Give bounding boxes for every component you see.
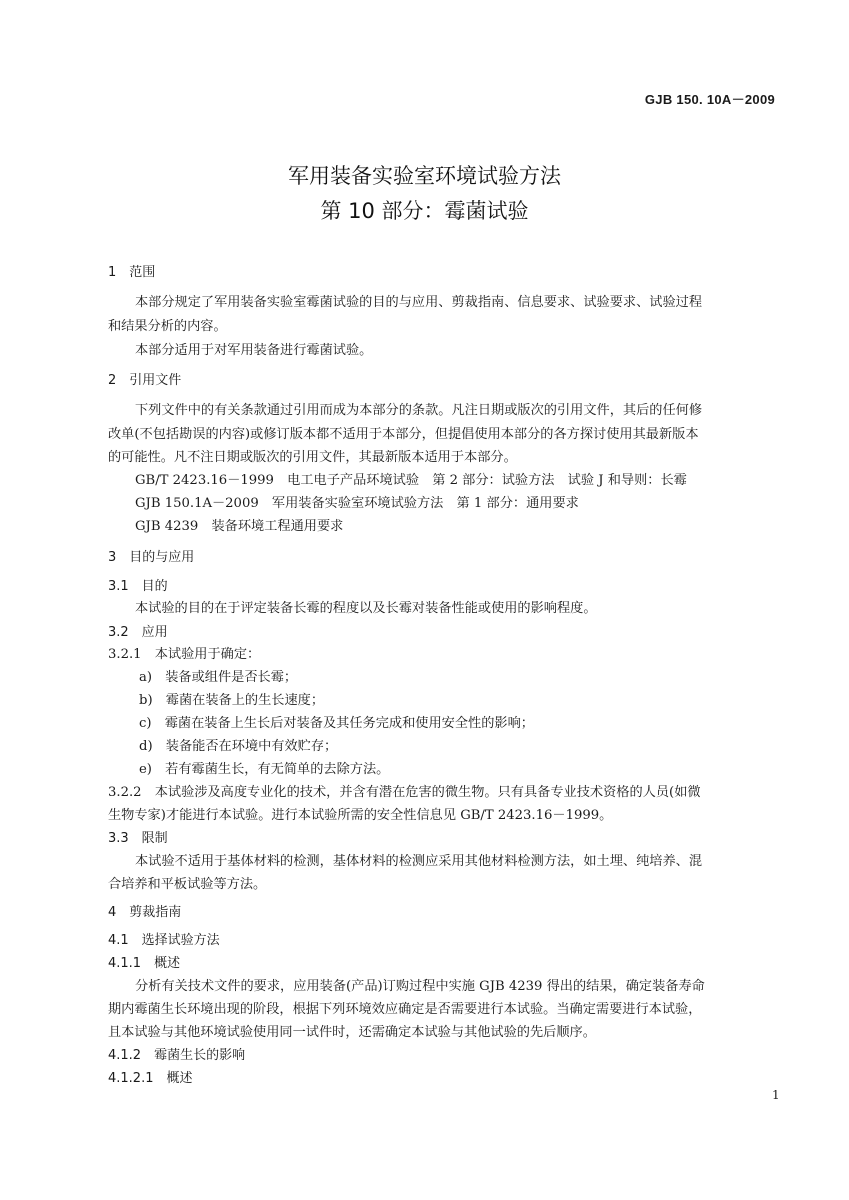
section-3-1-paragraph: 本试验的目的在于评定装备长霉的程度以及长霉对装备性能或使用的影响程度。: [135, 602, 597, 615]
section-4-heading: 4 剪裁指南: [108, 906, 181, 919]
section-3-2-2: 3.2.2 本试验涉及高度专业化的技术，并含有潜在危害的微生物。只有具备专业技术…: [108, 786, 701, 799]
page-number: 1: [772, 1088, 780, 1102]
list-item: a) 装备或组件是否长霉；: [139, 671, 297, 684]
section-1-paragraph-2: 本部分适用于对军用装备进行霉菌试验。: [135, 344, 372, 357]
list-item: c) 霉菌在装备上生长后对装备及其任务完成和使用安全性的影响；: [139, 717, 534, 730]
section-2-heading: 2 引用文件: [108, 374, 181, 387]
document-title-line2: 第 10 部分：霉菌试验: [0, 195, 849, 225]
standard-number: GJB 150. 10A－2009: [645, 89, 775, 108]
section-3-3-heading: 3.3 限制: [108, 832, 168, 845]
section-3-1-heading: 3.1 目的: [108, 580, 168, 593]
section-3-2-heading: 3.2 应用: [108, 626, 168, 639]
document-title-line1: 军用装备实验室环境试验方法: [0, 160, 849, 190]
section-2-paragraph-cont2: 的可能性。凡不注日期或版次的引用文件，其最新版本适用于本部分。: [108, 451, 517, 464]
reference-item: GB/T 2423.16－1999 电工电子产品环境试验 第 2 部分：试验方法…: [135, 474, 687, 487]
section-4-1-heading: 4.1 选择试验方法: [108, 934, 220, 947]
section-2-paragraph: 下列文件中的有关条款通过引用而成为本部分的条款。凡注日期或版次的引用文件，其后的…: [135, 404, 702, 417]
section-1-paragraph: 本部分规定了军用装备实验室霉菌试验的目的与应用、剪裁指南、信息要求、试验要求、试…: [135, 296, 702, 309]
section-4-1-1-heading: 4.1.1 概述: [108, 957, 180, 970]
reference-item: GJB 150.1A－2009 军用装备实验室环境试验方法 第 1 部分：通用要…: [135, 497, 579, 510]
section-4-1-2-1-heading: 4.1.2.1 概述: [108, 1072, 192, 1085]
list-item: e) 若有霉菌生长，有无简单的去除方法。: [139, 763, 389, 776]
section-3-3-paragraph: 本试验不适用于基体材料的检测，基体材料的检测应采用其他材料检测方法，如土埋、纯培…: [135, 855, 702, 868]
reference-item: GJB 4239 装备环境工程通用要求: [135, 520, 343, 533]
section-3-heading: 3 目的与应用: [108, 551, 194, 564]
list-item: b) 霉菌在装备上的生长速度；: [139, 694, 324, 707]
section-4-1-2-heading: 4.1.2 霉菌生长的影响: [108, 1049, 245, 1062]
section-3-2-1: 3.2.1 本试验用于确定：: [108, 648, 260, 661]
section-4-1-1-paragraph-cont2: 且本试验与其他环境试验使用同一试件时，还需确定本试验与其他试验的先后顺序。: [108, 1026, 596, 1039]
list-item: d) 装备能否在环境中有效贮存；: [139, 740, 337, 753]
section-3-2-2-cont: 生物专家)才能进行本试验。进行本试验所需的安全性信息见 GB/T 2423.16…: [108, 809, 612, 822]
section-3-3-paragraph-cont: 合培养和平板试验等方法。: [108, 878, 266, 891]
section-1-heading: 1 范围: [108, 266, 155, 279]
section-1-paragraph-cont: 和结果分析的内容。: [108, 320, 227, 333]
section-4-1-1-paragraph: 分析有关技术文件的要求，应用装备(产品)订购过程中实施 GJB 4239 得出的…: [135, 980, 705, 993]
section-2-paragraph-cont: 改单(不包括勘误的内容)或修订版本都不适用于本部分，但提倡使用本部分的各方探讨使…: [108, 428, 699, 441]
section-4-1-1-paragraph-cont: 期内霉菌生长环境出现的阶段，根据下列环境效应确定是否需要进行本试验。当确定需要进…: [108, 1003, 701, 1016]
